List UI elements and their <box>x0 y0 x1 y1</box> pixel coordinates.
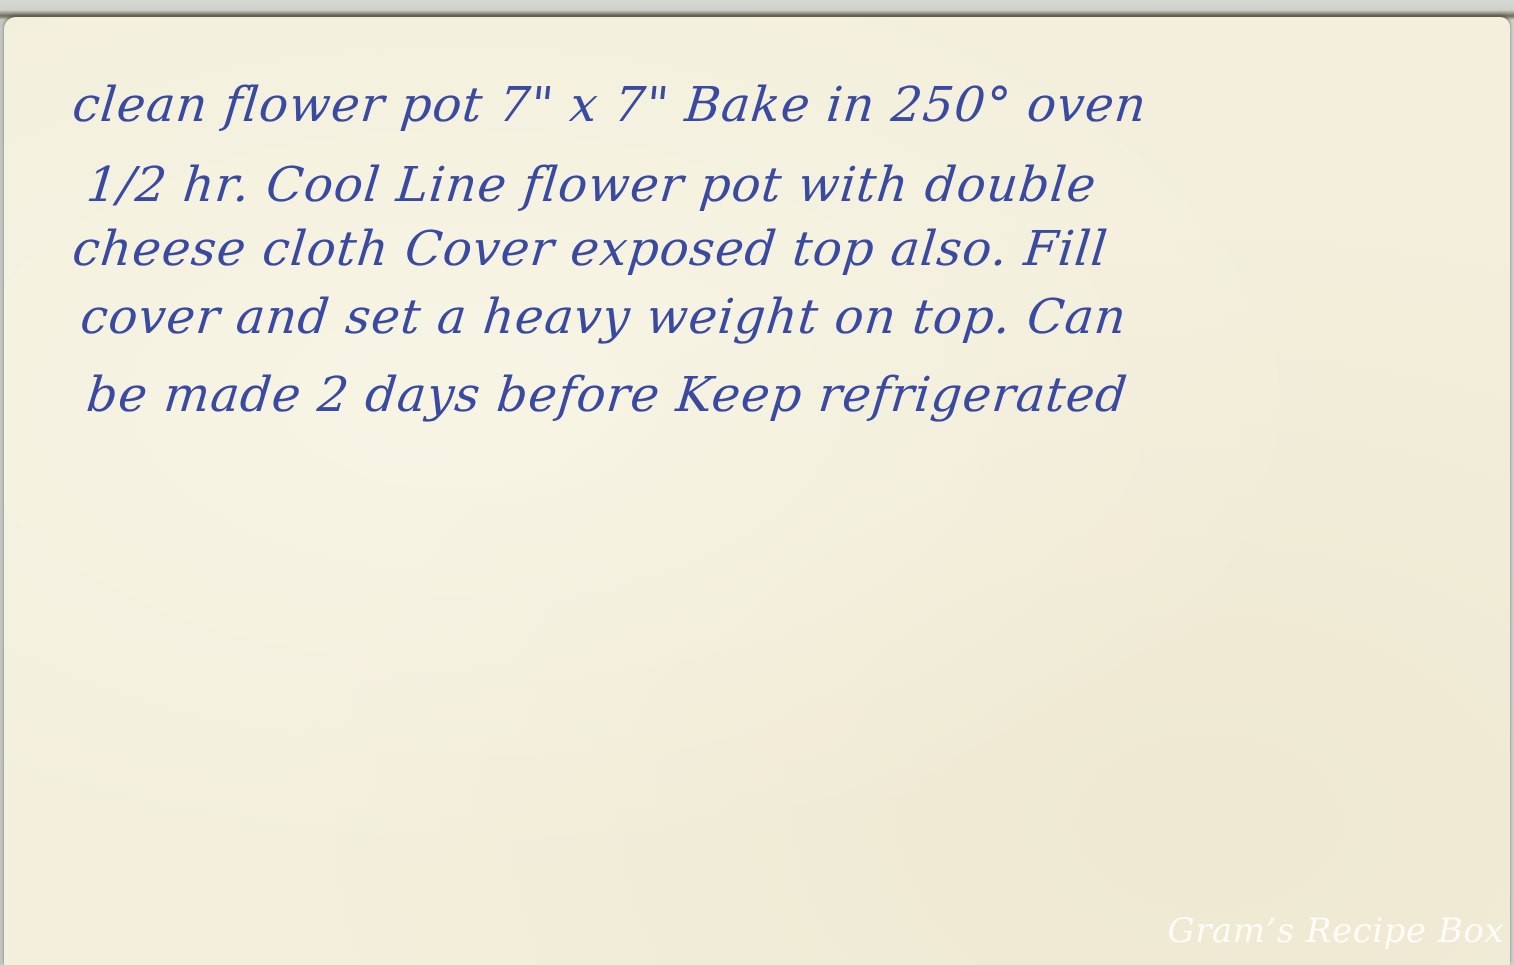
handwritten-line-4: cover and set a heavy weight on top. Can <box>78 289 1130 345</box>
handwritten-line-5: be made 2 days before Keep refrigerated <box>84 367 1130 423</box>
handwritten-line-2: 1/2 hr. Cool Line flower pot with double <box>84 157 1099 213</box>
scanned-card-image: clean flower pot 7" x 7" Bake in 250° ov… <box>0 0 1514 965</box>
watermark: Gram’s Recipe Box <box>1168 911 1504 951</box>
handwritten-line-3: cheese cloth Cover exposed top also. Fil… <box>70 221 1111 277</box>
handwritten-line-1: clean flower pot 7" x 7" Bake in 250° ov… <box>70 77 1150 133</box>
recipe-card: clean flower pot 7" x 7" Bake in 250° ov… <box>4 17 1510 965</box>
